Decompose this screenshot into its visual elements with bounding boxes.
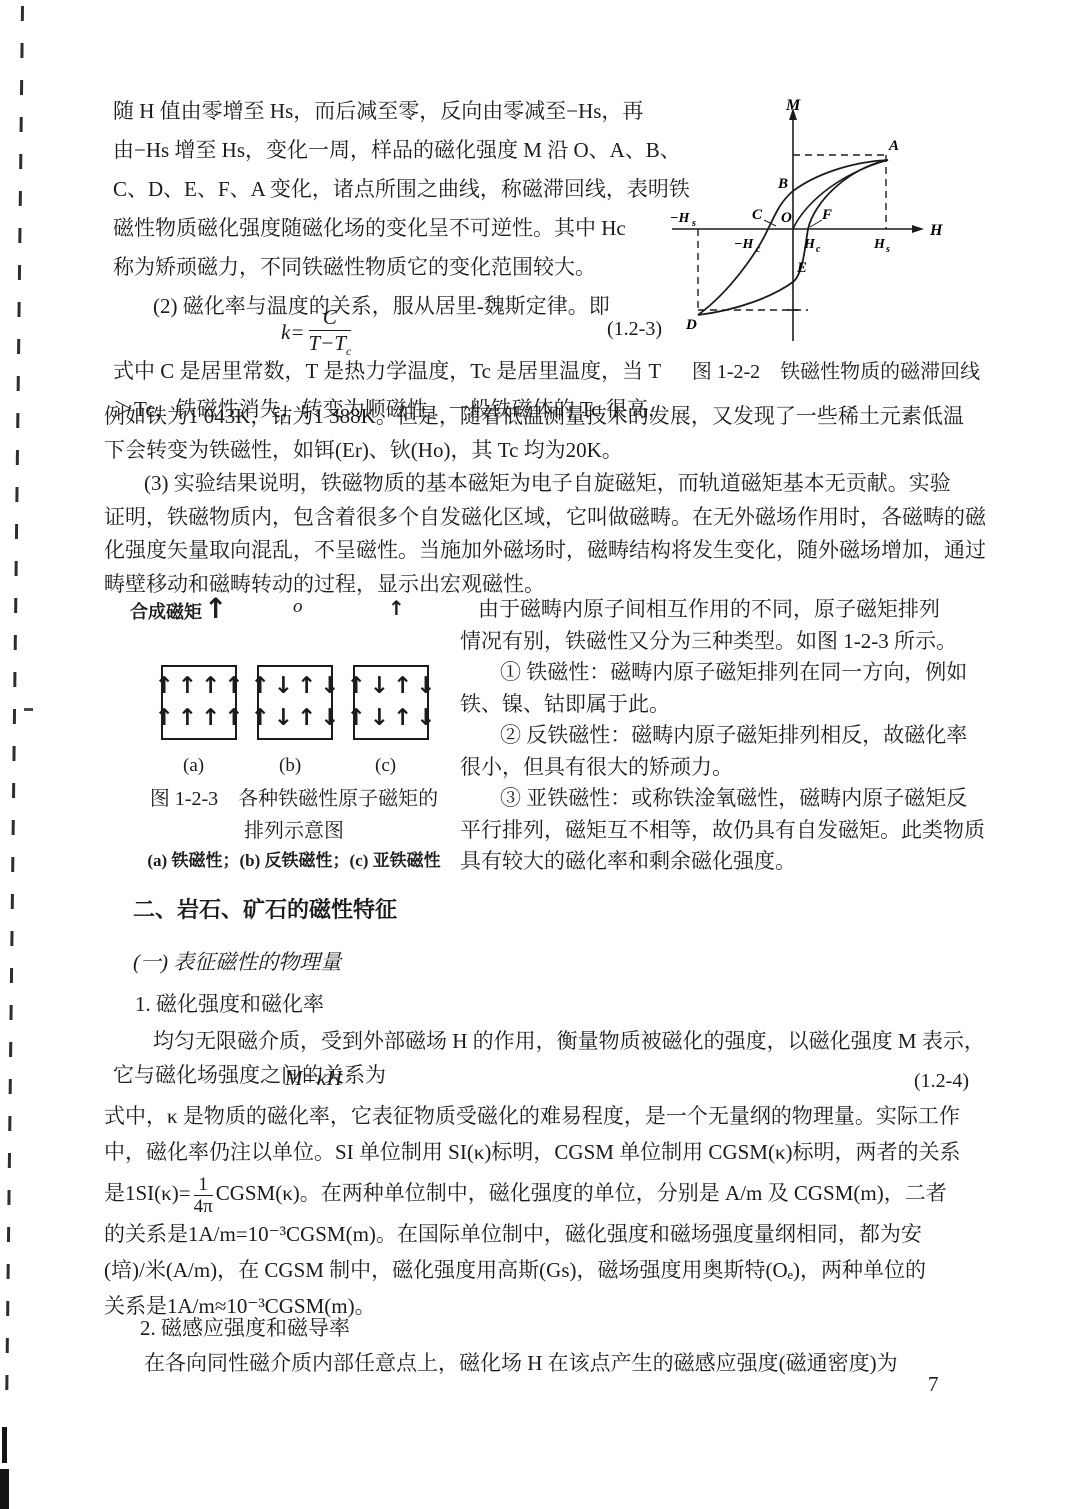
moment-arrows: ↑↓↑↓ (342, 675, 439, 698)
tick-neg-hs: −H (670, 211, 690, 226)
text-line-fraction: 是1SI(κ)=14πCGSM(κ)。在两种单位制中，磁化强度的单位，分别是 A… (104, 1170, 989, 1216)
page-number: 7 (928, 1372, 939, 1397)
text-line: 例如铁为1 043K，钴为1 388K。但是，随着低温测量技术的发展，又发现了一… (104, 400, 989, 434)
text-line: (培)/米(A/m)，在 CGSM 制中，磁化强度用高斯(Gs)，磁场强度用奥斯… (104, 1252, 989, 1288)
text-line: 的关系是1A/m=10⁻³CGSM(m)。在国际单位制中，磁化强度和磁场强度量纲… (104, 1216, 989, 1252)
moment-arrows: ↑↓↑↓ (246, 707, 343, 730)
point-d: D (685, 317, 697, 333)
figure-moment-arrangement: 合成磁矩 ↑ o ↑ ↑↑↑↑ ↑↑↑↑ ↑↓↑↓ ↑↓↑↓ ↑↓↑↓ ↑↓↑↓… (108, 592, 480, 882)
text-line: 铁、镍、钴即属于此。 (460, 689, 988, 721)
moment-arrows: ↑↑↑↑ (150, 675, 247, 698)
text-line: 称为矫顽磁力，不同铁磁性物质它的变化范围较大。 (113, 248, 681, 287)
net-moment-zero: o (293, 596, 303, 618)
text-line: 化强度矢量取向混乱，不呈磁性。当施加外磁场时，磁畴结构将发生变化，随外磁场增加，… (104, 534, 989, 568)
domain-box-a: ↑↑↑↑ ↑↑↑↑ (161, 665, 237, 740)
scan-artifact (24, 708, 33, 711)
inline-frac-den: 4π (194, 1196, 213, 1216)
fraction-numerator: C (309, 306, 352, 331)
text-line: 情况有别，铁磁性又分为三种类型。如图 1-2-3 所示。 (460, 626, 988, 658)
text-line: 平行排列，磁矩互不相等，故仍具有自发磁矩。此类物质 (460, 815, 988, 847)
inline-frac-num: 1 (194, 1175, 213, 1196)
susceptibility-paragraph: 式中，κ 是物质的磁化率，它表征物质受磁化的难易程度，是一个无量纲的物理量。实际… (104, 1098, 989, 1324)
text-line: C、D、E、F、A 变化，诸点所围之曲线，称磁滞回线，表明铁 (113, 170, 681, 209)
point-f: F (821, 207, 832, 223)
ferromagnetism-types: 由于磁畴内原子间相互作用的不同，原子磁矩排列 情况有别，铁磁性又分为三种类型。如… (460, 594, 988, 878)
sublabel-c: (c) (375, 755, 396, 777)
sublabel-b: (b) (279, 755, 301, 777)
text-line: 磁性物质磁化强度随磁化场的变化呈不可逆性。其中 Hc (113, 209, 681, 248)
figure-caption-line1: 图 1-2-3 各种铁磁性原子磁矩的 (108, 782, 480, 811)
text-line: 由−Hs 增至 Hs，变化一周，样品的磁化强度 M 沿 O、A、B、 (113, 131, 681, 170)
text-line: 具有较大的磁化率和剩余磁化强度。 (460, 846, 988, 878)
tick-neg-hs-sub: s (691, 218, 696, 229)
tick-neg-hc-sub: c (756, 244, 761, 255)
intro-paragraph: 随 H 值由零增至 Hs，而后减至零，反向由零减至−Hs，再 由−Hs 增至 H… (113, 92, 681, 326)
domain-box-c: ↑↓↑↓ ↑↓↑↓ (353, 665, 429, 740)
subsection-heading: (一) 表征磁性的物理量 (133, 946, 985, 976)
figure-hysteresis-loop: M H A B C O F E D −H s −H c H c H s 图 1-… (656, 98, 1016, 384)
point-o: O (781, 210, 792, 226)
figure-caption-line3: (a) 铁磁性；(b) 反铁磁性；(c) 亚铁磁性 (108, 846, 480, 871)
text-line: 均匀无限磁介质，受到外部磁场 H 的作用，衡量物质被磁化的强度，以磁化强度 M … (113, 1024, 985, 1058)
scan-artifact (0, 1469, 9, 1509)
sublabel-a: (a) (183, 755, 204, 777)
text-line: 很小，但具有很大的矫顽力。 (460, 752, 988, 784)
formula-1-2-4: M=κH (1.2-4) (113, 1066, 985, 1100)
section-heading: 二、岩石、矿石的磁性特征 (133, 893, 985, 924)
text-line: ② 反铁磁性：磁畴内原子磁矩排列相反，故磁化率 (460, 720, 988, 752)
text-line: ③ 亚铁磁性：或称铁淦氧磁性，磁畴内原子磁矩反 (460, 783, 988, 815)
moment-arrows: ↑↓↑↓ (342, 707, 439, 730)
net-moment-arrow-a: ↑ (204, 592, 227, 625)
text-line: 式中 C 是居里常数，T 是热力学温度，Tc 是居里温度，当 T (113, 352, 688, 390)
frac-line-pre: 是1SI(κ)= (104, 1181, 191, 1205)
axis-label-m: M (785, 98, 801, 114)
curie-temp-paragraph: 例如铁为1 043K，钴为1 388K。但是，随着低温测量技术的发展，又发现了一… (104, 400, 989, 601)
text-line: 下会转变为铁磁性，如铒(Er)、钬(Ho)，其 Tc 均为20K。 (104, 434, 989, 468)
tick-hc-sub: c (816, 244, 821, 255)
figure-caption-line2: 排列示意图 (108, 814, 480, 843)
formula-body: M=κH (285, 1066, 342, 1091)
point-c: C (752, 207, 763, 223)
item-heading: 1. 磁化强度和磁化率 (135, 988, 985, 1018)
point-e: E (796, 260, 807, 276)
scan-artifact (2, 1427, 7, 1463)
frac-line-post: CGSM(κ)。在两种单位制中，磁化强度的单位，分别是 A/m 及 CGSM(m… (216, 1181, 947, 1205)
text-line: 随 H 值由零增至 Hs，而后减至零，反向由零减至−Hs，再 (113, 92, 681, 131)
text-line: 证明，铁磁物质内，包含着很多个自发磁化区域，它叫做磁畴。在无外磁场作用时，各磁畴… (104, 501, 989, 535)
tick-neg-hc: −H (734, 237, 754, 252)
text-line: 式中，κ 是物质的磁化率，它表征物质受磁化的难易程度，是一个无量纲的物理量。实际… (104, 1098, 989, 1134)
fraction: C T−Tc (309, 306, 352, 358)
tick-hs: H (873, 237, 886, 252)
item-heading-2: 2. 磁感应强度和磁导率 (140, 1312, 350, 1342)
section-rocks-minerals: 二、岩石、矿石的磁性特征 (一) 表征磁性的物理量 1. 磁化强度和磁化率 均匀… (113, 893, 985, 1092)
moment-arrows: ↑↑↑↑ (150, 707, 247, 730)
equation-number: (1.2-4) (914, 1070, 969, 1093)
net-moment-arrow-c: ↑ (388, 596, 405, 620)
tick-hc: H (803, 237, 816, 252)
text-line: 由于磁畴内原子间相互作用的不同，原子磁矩排列 (460, 594, 988, 626)
scanned-textbook-page: 随 H 值由零增至 Hs，而后减至零，反向由零减至−Hs，再 由−Hs 增至 H… (0, 0, 1080, 1509)
equation-number: (1.2-3) (607, 318, 662, 341)
moment-arrows: ↑↓↑↓ (246, 675, 343, 698)
last-line: 在各向同性磁介质内部任意点上，磁化场 H 在该点产生的磁感应强度(磁通密度)为 (144, 1347, 989, 1377)
binding-marks (5, 6, 24, 1406)
text-line: 中，磁化率仍注以单位。SI 单位制用 SI(κ)标明，CGSM 单位制用 CGS… (104, 1134, 989, 1170)
text-line: ① 铁磁性：磁畴内原子磁矩排列在同一方向，例如 (460, 657, 988, 689)
formula-lhs: k= (281, 320, 305, 345)
text-line: 在各向同性磁介质内部任意点上，磁化场 H 在该点产生的磁感应强度(磁通密度)为 (144, 1347, 989, 1377)
figure-caption: 图 1-2-2 铁磁性物质的磁滞回线 (656, 355, 1016, 384)
hysteresis-diagram: M H A B C O F E D −H s −H c H c H s (656, 98, 1010, 346)
axis-label-h: H (929, 222, 943, 239)
inline-fraction: 14π (194, 1175, 213, 1216)
legend-label: 合成磁矩 (130, 598, 202, 624)
domain-box-b: ↑↓↑↓ ↑↓↑↓ (257, 665, 333, 740)
point-b: B (777, 176, 788, 192)
tick-hs-sub: s (885, 244, 890, 255)
point-a: A (888, 138, 899, 154)
text-line: (3) 实验结果说明，铁磁物质的基本磁矩为电子自旋磁矩，而轨道磁矩基本无贡献。实… (104, 467, 989, 501)
